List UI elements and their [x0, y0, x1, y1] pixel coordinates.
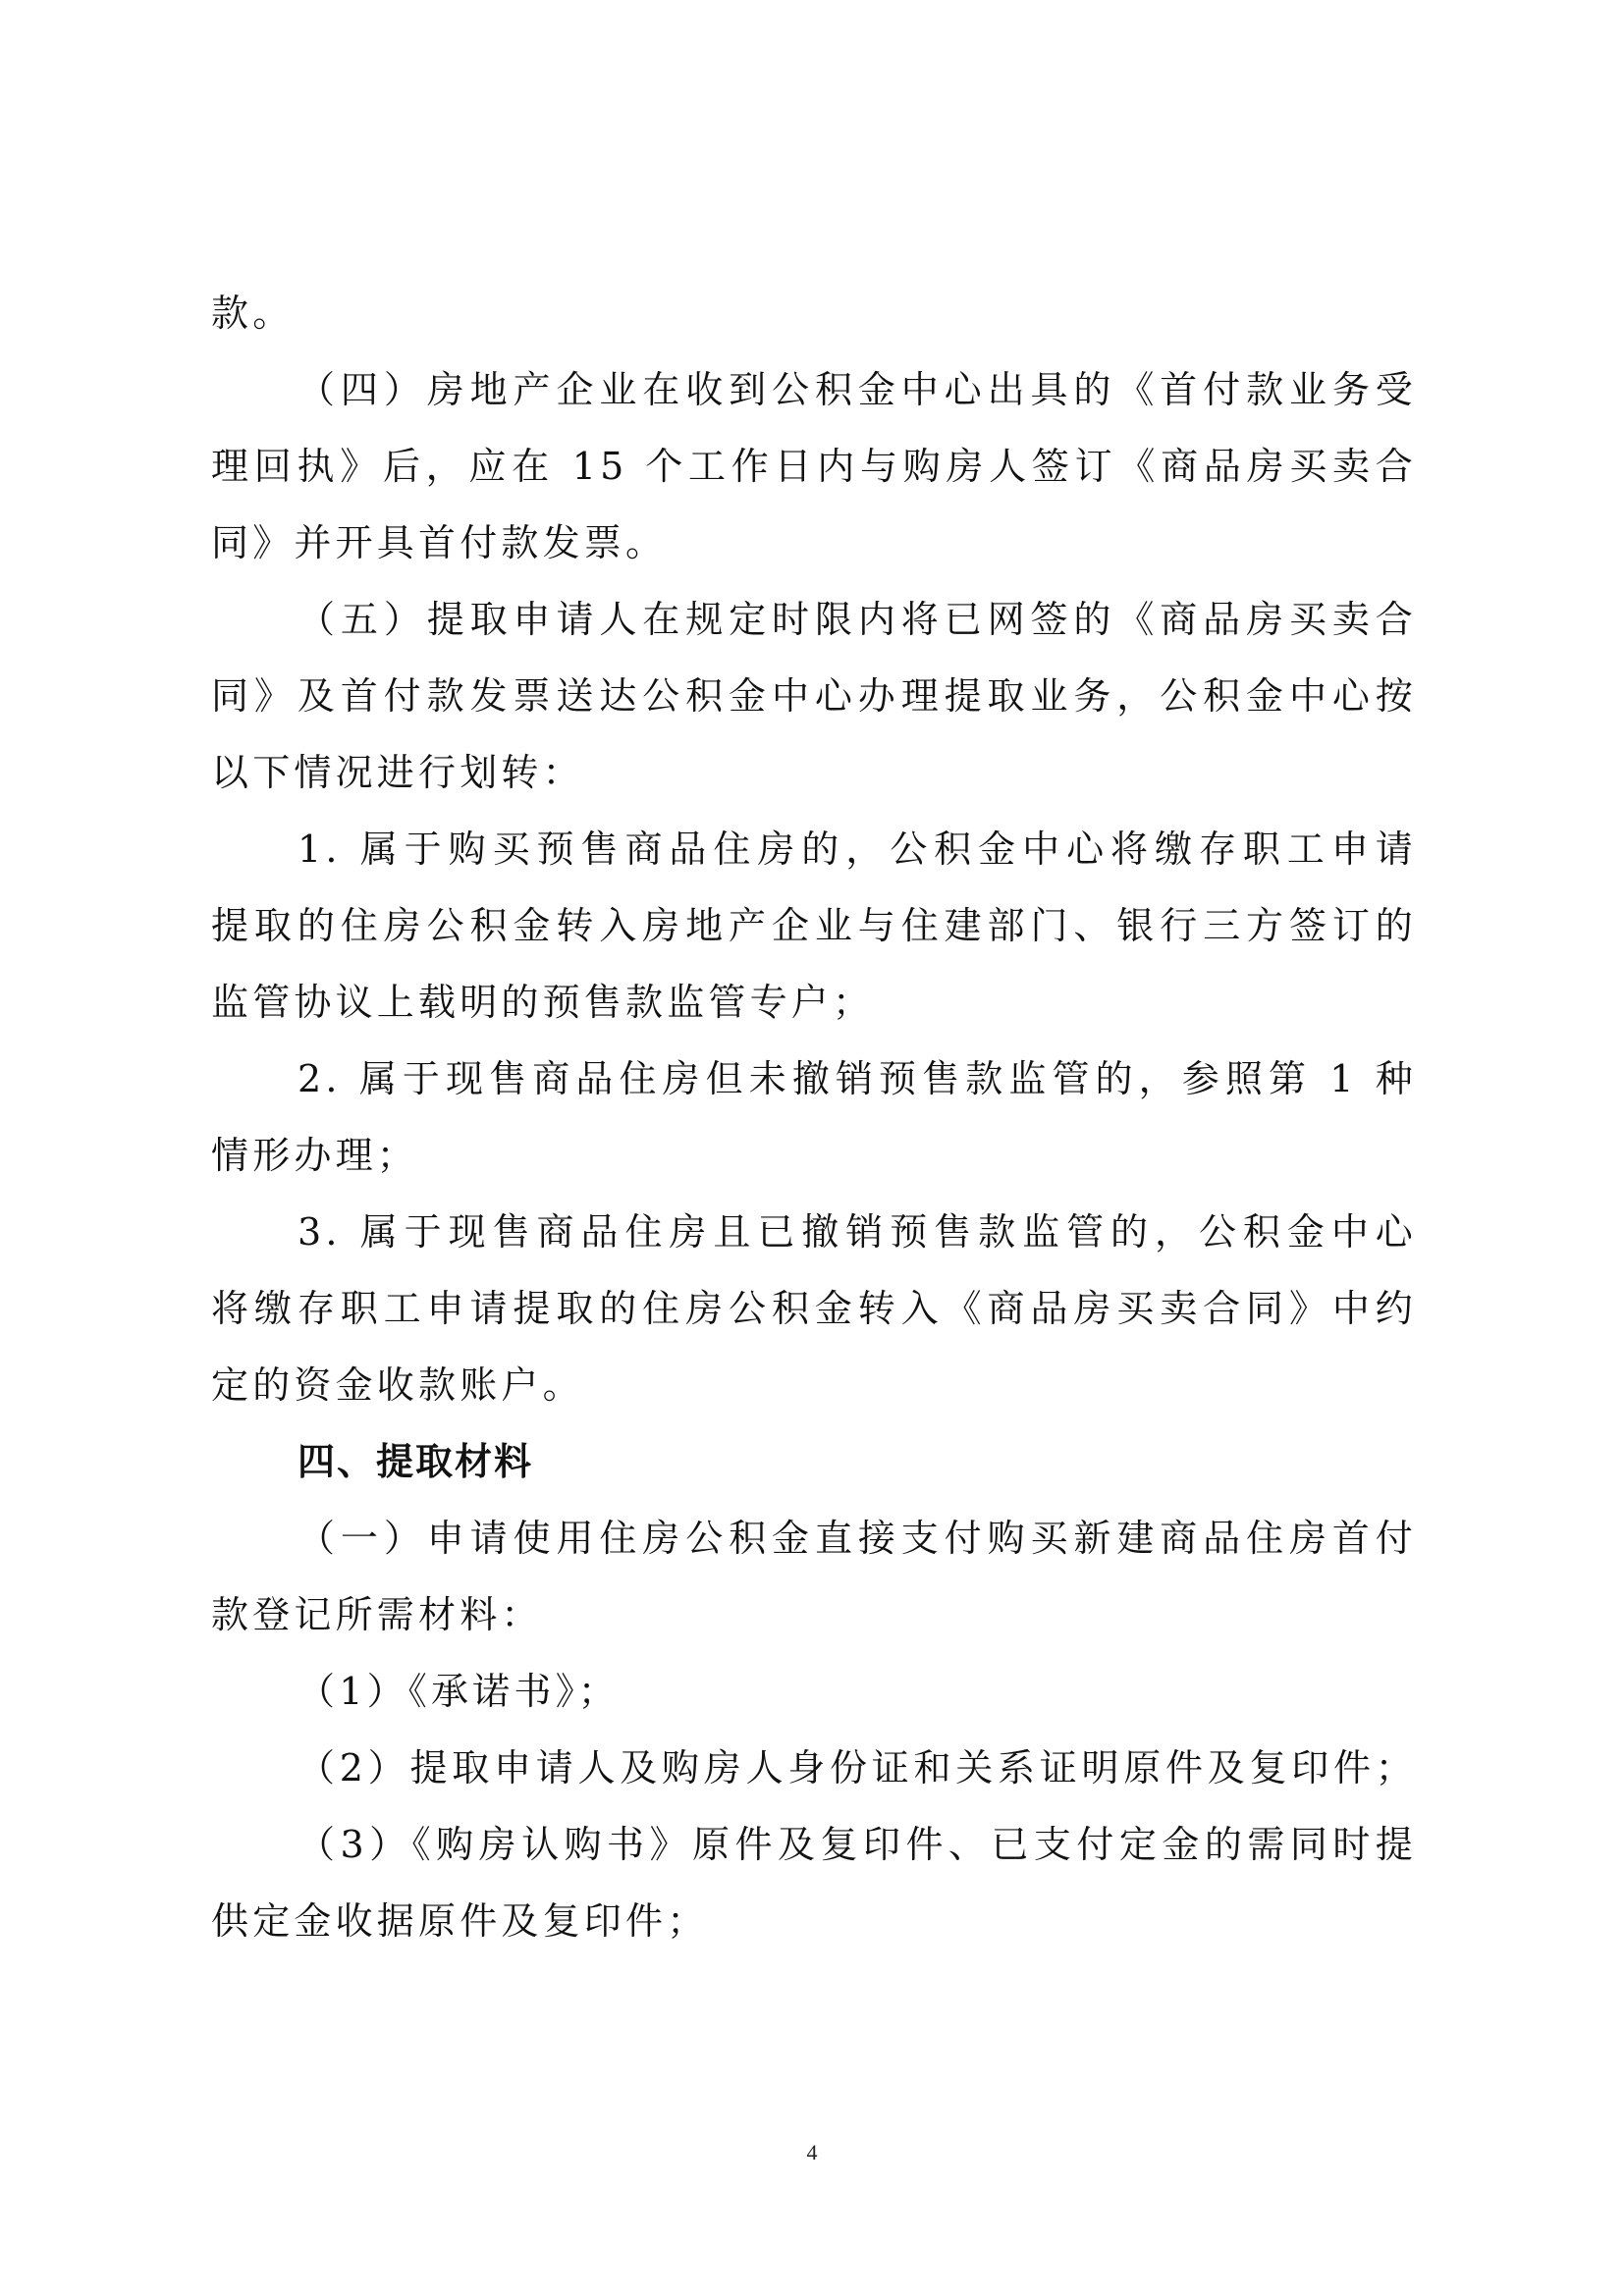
list-item-line: 将缴存职工申请提取的住房公积金转入《商品房买卖合同》中约 [211, 1282, 1417, 1359]
paragraph-line: 款登记所需材料： [211, 1588, 1417, 1665]
paragraph-line: 理回执》后，应在 15 个工作日内与购房人签订《商品房买卖合 [211, 440, 1417, 516]
list-item-line: 2. 属于现售商品住房但未撤销预售款监管的，参照第 1 种 [211, 1052, 1417, 1129]
paragraph-line: （四）房地产企业在收到公积金中心出具的《首付款业务受 [211, 363, 1417, 440]
list-item-line: 情形办理； [211, 1129, 1417, 1205]
paragraph-line: （五）提取申请人在规定时限内将已网签的《商品房买卖合 [211, 593, 1417, 669]
paragraph-line: 同》及首付款发票送达公积金中心办理提取业务，公积金中心按 [211, 669, 1417, 746]
paragraph-line: （一）申请使用住房公积金直接支付购买新建商品住房首付 [211, 1512, 1417, 1588]
section-heading: 四、提取材料 [211, 1435, 1417, 1512]
document-body: 款。 （四）房地产企业在收到公积金中心出具的《首付款业务受 理回执》后，应在 1… [211, 287, 1417, 1971]
page-number: 4 [0, 2140, 1624, 2165]
list-item-line: 提取的住房公积金转入房地产企业与住建部门、银行三方签订的 [211, 899, 1417, 976]
list-item-line: （2）提取申请人及购房人身份证和关系证明原件及复印件； [211, 1741, 1417, 1818]
list-item-line: 供定金收据原件及复印件； [211, 1895, 1417, 1971]
list-item-line: 3. 属于现售商品住房且已撤销预售款监管的，公积金中心 [211, 1205, 1417, 1282]
list-item-line: （1）《承诺书》； [211, 1665, 1417, 1741]
document-page: 款。 （四）房地产企业在收到公积金中心出具的《首付款业务受 理回执》后，应在 1… [0, 0, 1624, 2296]
paragraph-line: 同》并开具首付款发票。 [211, 516, 1417, 593]
paragraph-line: 以下情况进行划转： [211, 746, 1417, 823]
list-item-line: 定的资金收款账户。 [211, 1359, 1417, 1435]
list-item-line: （3）《购房认购书》原件及复印件、已支付定金的需同时提 [211, 1818, 1417, 1895]
list-item-line: 监管协议上载明的预售款监管专户； [211, 976, 1417, 1052]
list-item-line: 1. 属于购买预售商品住房的，公积金中心将缴存职工申请 [211, 823, 1417, 899]
paragraph-line: 款。 [211, 287, 1417, 363]
